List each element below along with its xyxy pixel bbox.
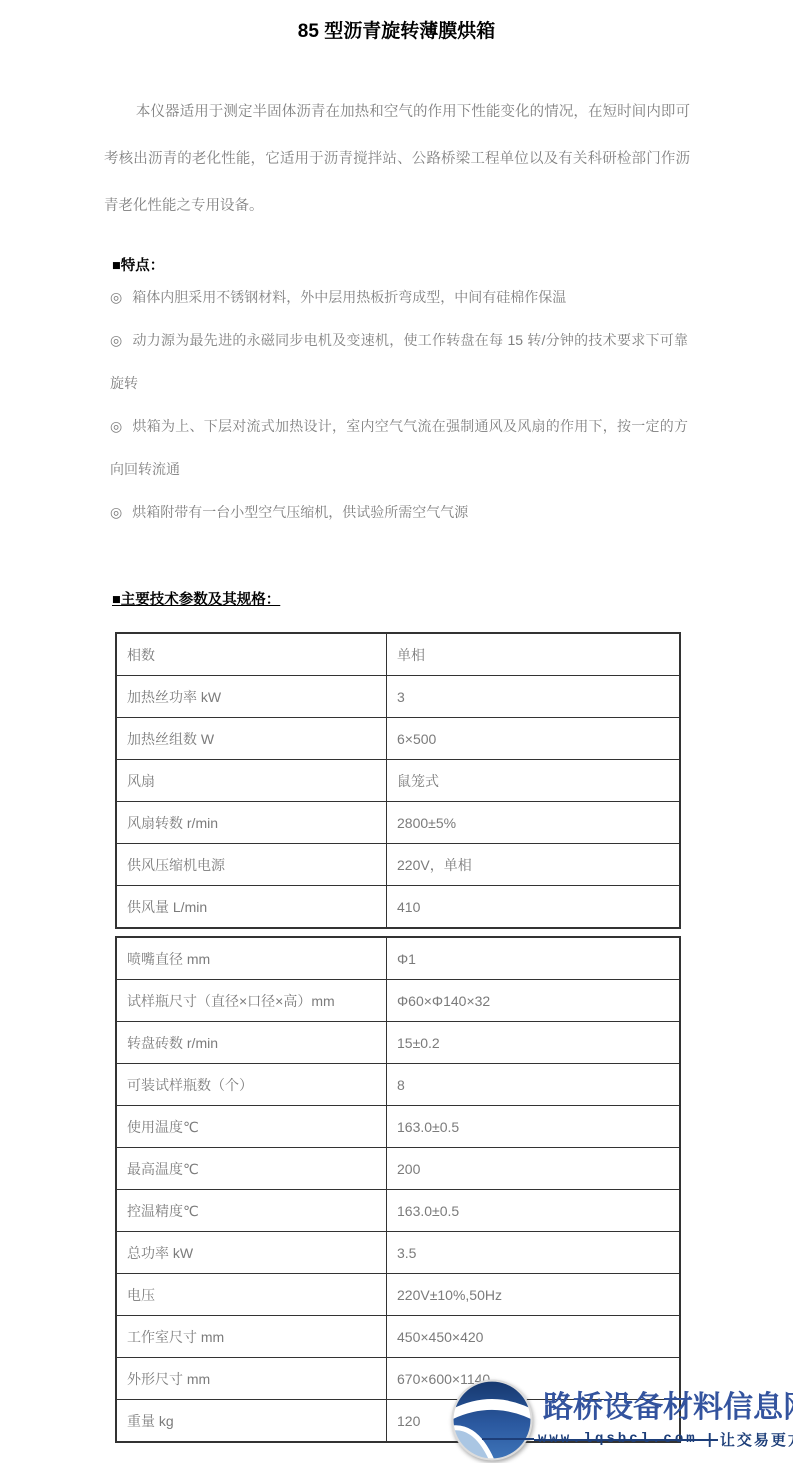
table-row: 试样瓶尺寸（直径×口径×高）mm Φ60×Φ140×32 (116, 980, 680, 1022)
intro-paragraph: 本仪器适用于测定半固体沥青在加热和空气的作用下性能变化的情况，在短时间内即可考核… (104, 89, 690, 230)
table-row: 可装试样瓶数（个） 8 (116, 1064, 680, 1106)
table-row: 相数 单相 (116, 633, 680, 676)
param-label-cell: 总功率 kW (116, 1232, 387, 1274)
param-label-cell: 试样瓶尺寸（直径×口径×高）mm (116, 980, 387, 1022)
table-row: 最高温度℃ 200 (116, 1148, 680, 1190)
param-label-cell: 最高温度℃ (116, 1148, 387, 1190)
specs-heading: ■主要技术参数及其规格： (112, 590, 793, 610)
param-value-cell: Φ60×Φ140×32 (387, 980, 681, 1022)
specs-table-performance: 喷嘴直径 mm Φ1 试样瓶尺寸（直径×口径×高）mm Φ60×Φ140×32 … (115, 936, 681, 1443)
feature-item: ◎箱体内胆采用不锈钢材料，外中层用热板折弯成型，中间有硅棉作保温 (110, 276, 688, 319)
param-label-cell: 外形尺寸 mm (116, 1358, 387, 1400)
param-value-cell: 200 (387, 1148, 681, 1190)
param-value-cell: 鼠笼式 (387, 760, 681, 802)
param-value-cell: Φ1 (387, 937, 681, 980)
param-value-cell: 3 (387, 676, 681, 718)
param-label-cell: 工作室尺寸 mm (116, 1316, 387, 1358)
param-value-cell: 单相 (387, 633, 681, 676)
page-title: 85 型沥青旋转薄膜烘箱 (0, 18, 793, 45)
param-value-cell: 410 (387, 886, 681, 929)
param-value-cell: 15±0.2 (387, 1022, 681, 1064)
feature-item: ◎动力源为最先进的永磁同步电机及变速机，使工作转盘在每 15 转/分钟的技术要求… (110, 319, 688, 405)
table-row: 电压 220V±10%,50Hz (116, 1274, 680, 1316)
param-label-cell: 电压 (116, 1274, 387, 1316)
feature-text: 箱体内胆采用不锈钢材料，外中层用热板折弯成型，中间有硅棉作保温 (132, 289, 566, 305)
specs-table-electrical: 相数 单相 加热丝功率 kW 3 加热丝组数 W 6×500 风扇 鼠笼式 风扇… (115, 632, 681, 929)
feature-item: ◎烘箱为上、下层对流式加热设计，室内空气气流在强制通风及风扇的作用下，按一定的方… (110, 405, 688, 491)
bullet-icon: ◎ (110, 289, 122, 305)
table-row: 供风量 L/min 410 (116, 886, 680, 929)
param-label-cell: 加热丝组数 W (116, 718, 387, 760)
product-document: 85 型沥青旋转薄膜烘箱 本仪器适用于测定半固体沥青在加热和空气的作用下性能变化… (0, 0, 793, 1443)
param-value-cell: 6×500 (387, 718, 681, 760)
table-row: 外形尺寸 mm 670×600×1140 (116, 1358, 680, 1400)
bullet-icon: ◎ (110, 504, 122, 520)
param-label-cell: 供风量 L/min (116, 886, 387, 929)
table-row: 加热丝功率 kW 3 (116, 676, 680, 718)
table-row: 使用温度℃ 163.0±0.5 (116, 1106, 680, 1148)
table-row: 转盘砖数 r/min 15±0.2 (116, 1022, 680, 1064)
feature-text: 动力源为最先进的永磁同步电机及变速机，使工作转盘在每 15 转/分钟的技术要求下… (110, 332, 688, 391)
feature-item: ◎烘箱附带有一台小型空气压缩机，供试验所需空气气源 (110, 491, 688, 534)
table-row: 供风压缩机电源 220V，单相 (116, 844, 680, 886)
param-value-cell: 220V，单相 (387, 844, 681, 886)
table-row: 总功率 kW 3.5 (116, 1232, 680, 1274)
param-value-cell: 8 (387, 1064, 681, 1106)
param-value-cell: 3.5 (387, 1232, 681, 1274)
param-label-cell: 供风压缩机电源 (116, 844, 387, 886)
param-label-cell: 喷嘴直径 mm (116, 937, 387, 980)
param-value-cell: 163.0±0.5 (387, 1106, 681, 1148)
param-label-cell: 相数 (116, 633, 387, 676)
param-value-cell: 450×450×420 (387, 1316, 681, 1358)
param-value-cell: 220V±10%,50Hz (387, 1274, 681, 1316)
bullet-icon: ◎ (110, 332, 122, 348)
param-label-cell: 使用温度℃ (116, 1106, 387, 1148)
feature-text: 烘箱附带有一台小型空气压缩机，供试验所需空气气源 (132, 504, 468, 520)
param-label-cell: 转盘砖数 r/min (116, 1022, 387, 1064)
table-row: 控温精度℃ 163.0±0.5 (116, 1190, 680, 1232)
param-label-cell: 重量 kg (116, 1400, 387, 1443)
param-value-cell: 163.0±0.5 (387, 1190, 681, 1232)
table-row: 工作室尺寸 mm 450×450×420 (116, 1316, 680, 1358)
features-heading: ■特点： (112, 256, 793, 276)
param-label-cell: 风扇转数 r/min (116, 802, 387, 844)
param-label-cell: 控温精度℃ (116, 1190, 387, 1232)
table-row: 加热丝组数 W 6×500 (116, 718, 680, 760)
param-label-cell: 风扇 (116, 760, 387, 802)
table-row: 重量 kg 120 (116, 1400, 680, 1443)
table-row: 风扇转数 r/min 2800±5% (116, 802, 680, 844)
param-value-cell: 2800±5% (387, 802, 681, 844)
table-row: 风扇 鼠笼式 (116, 760, 680, 802)
feature-text: 烘箱为上、下层对流式加热设计，室内空气气流在强制通风及风扇的作用下，按一定的方向… (110, 418, 688, 477)
param-label-cell: 加热丝功率 kW (116, 676, 387, 718)
param-value-cell: 120 (387, 1400, 681, 1443)
param-label-cell: 可装试样瓶数（个） (116, 1064, 387, 1106)
features-list: ◎箱体内胆采用不锈钢材料，外中层用热板折弯成型，中间有硅棉作保温 ◎动力源为最先… (110, 276, 688, 534)
table-row: 喷嘴直径 mm Φ1 (116, 937, 680, 980)
bullet-icon: ◎ (110, 418, 122, 434)
param-value-cell: 670×600×1140 (387, 1358, 681, 1400)
